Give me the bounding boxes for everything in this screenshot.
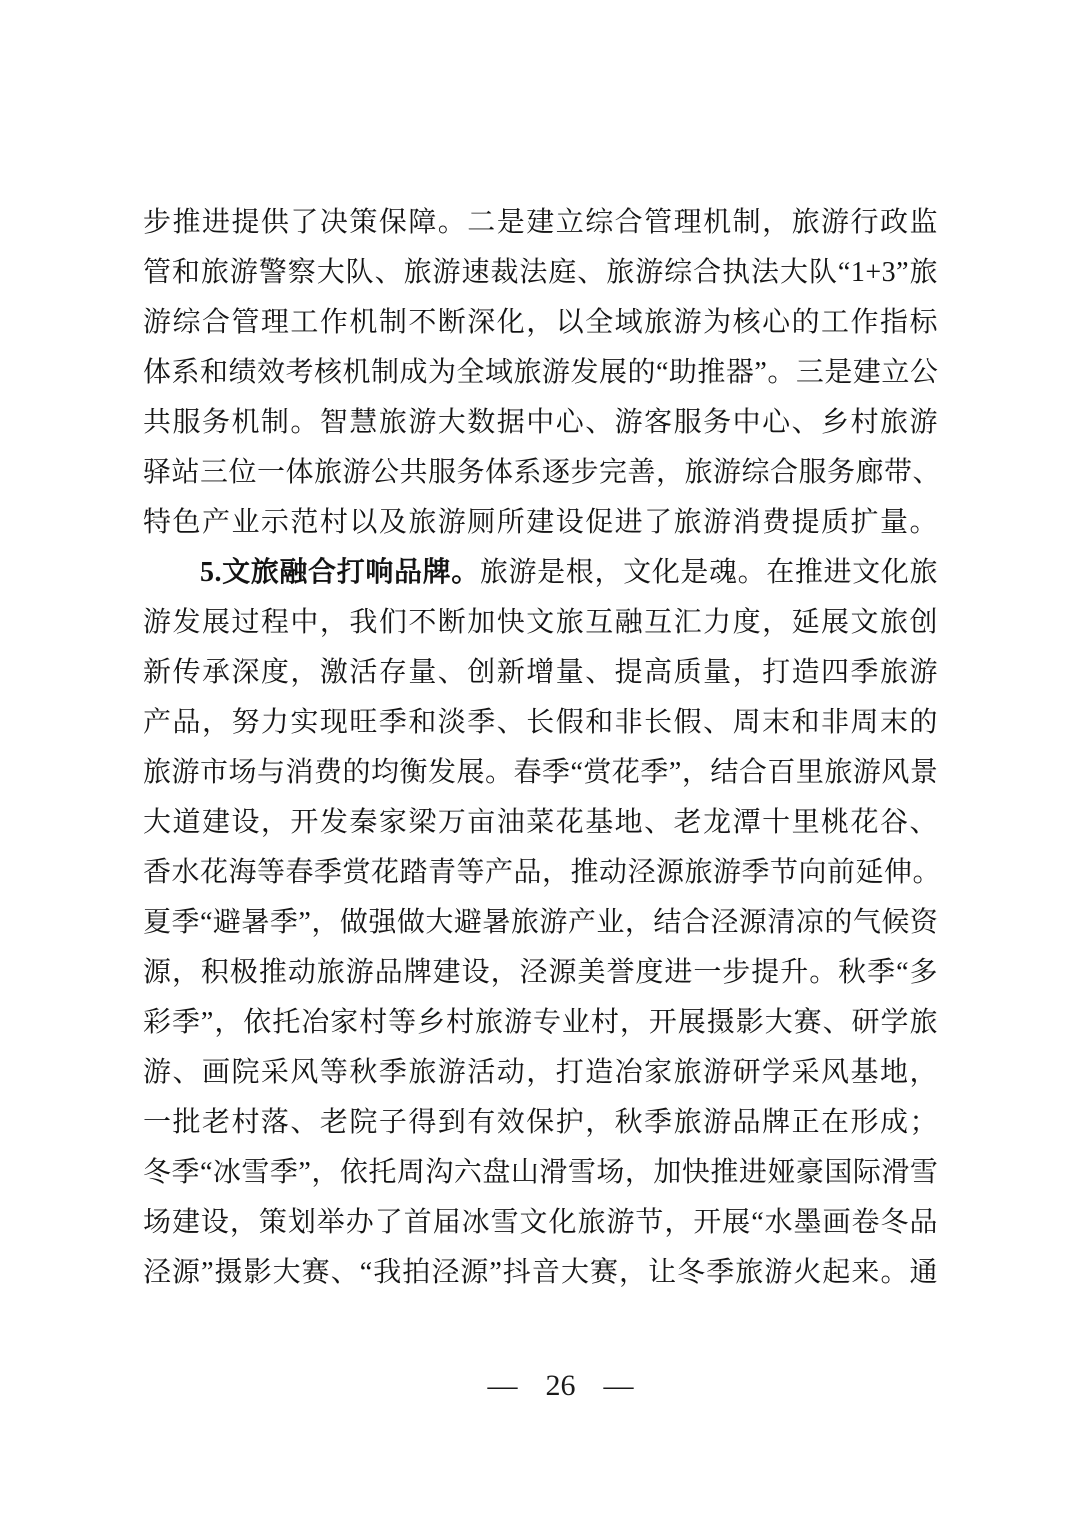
- text-line: 一批老村落、老院子得到有效保护，秋季旅游品牌正在形成；: [143, 1098, 938, 1148]
- text-line: 管和旅游警察大队、旅游速裁法庭、旅游综合执法大队“1+3”旅: [143, 248, 938, 298]
- document-page: 步推进提供了决策保障。二是建立综合管理机制，旅游行政监 管和旅游警察大队、旅游速…: [0, 0, 1070, 1515]
- text-line: 新传承深度，激活存量、创新增量、提高质量，打造四季旅游: [143, 648, 938, 698]
- text-line: 游发展过程中，我们不断加快文旅互融互汇力度，延展文旅创: [143, 598, 938, 648]
- text-line: 夏季“避暑季”，做强做大避暑旅游产业，结合泾源清凉的气候资: [143, 898, 938, 948]
- text-line: 共服务机制。智慧旅游大数据中心、游客服务中心、乡村旅游: [143, 398, 938, 448]
- text-line: 驿站三位一体旅游公共服务体系逐步完善，旅游综合服务廊带、: [143, 448, 938, 498]
- text-line: 特色产业示范村以及旅游厕所建设促进了旅游消费提质扩量。: [143, 498, 938, 548]
- text-line: 香水花海等春季赏花踏青等产品，推动泾源旅游季节向前延伸。: [143, 848, 938, 898]
- text-line: 步推进提供了决策保障。二是建立综合管理机制，旅游行政监: [143, 198, 938, 248]
- text-line: 大道建设，开发秦家梁万亩油菜花基地、老龙潭十里桃花谷、: [143, 798, 938, 848]
- section-5-first-line: 5.文旅融合打响品牌。旅游是根，文化是魂。在推进文化旅: [143, 548, 938, 598]
- section-5-heading-line-rest: 旅游是根，文化是魂。在推进文化旅: [480, 557, 938, 588]
- page-footer: — 26 —: [163, 1364, 958, 1408]
- text-line: 场建设，策划举办了首届冰雪文化旅游节，开展“水墨画卷冬品: [143, 1198, 938, 1248]
- text-line: 游综合管理工作机制不断深化，以全域旅游为核心的工作指标: [143, 298, 938, 348]
- text-line: 泾源”摄影大赛、“我拍泾源”抖音大赛，让冬季旅游火起来。通: [143, 1248, 938, 1298]
- footer-right-dash: —: [604, 1369, 634, 1403]
- text-line: 彩季”，依托冶家村等乡村旅游专业村，开展摄影大赛、研学旅: [143, 998, 938, 1048]
- text-line: 冬季“冰雪季”，依托周沟六盘山滑雪场，加快推进娅豪国际滑雪: [143, 1148, 938, 1198]
- text-line: 源，积极推动旅游品牌建设，泾源美誉度进一步提升。秋季“多: [143, 948, 938, 998]
- text-line: 产品，努力实现旺季和淡季、长假和非长假、周末和非周末的: [143, 698, 938, 748]
- text-line: 游、画院采风等秋季旅游活动，打造冶家旅游研学采风基地，: [143, 1048, 938, 1098]
- text-line: 旅游市场与消费的均衡发展。春季“赏花季”，结合百里旅游风景: [143, 748, 938, 798]
- body-text: 步推进提供了决策保障。二是建立综合管理机制，旅游行政监 管和旅游警察大队、旅游速…: [143, 198, 938, 1298]
- footer-left-dash: —: [488, 1369, 518, 1403]
- text-line: 体系和绩效考核机制成为全域旅游发展的“助推器”。三是建立公: [143, 348, 938, 398]
- page-number: 26: [546, 1369, 576, 1403]
- section-5-heading: 5.文旅融合打响品牌。: [200, 557, 480, 588]
